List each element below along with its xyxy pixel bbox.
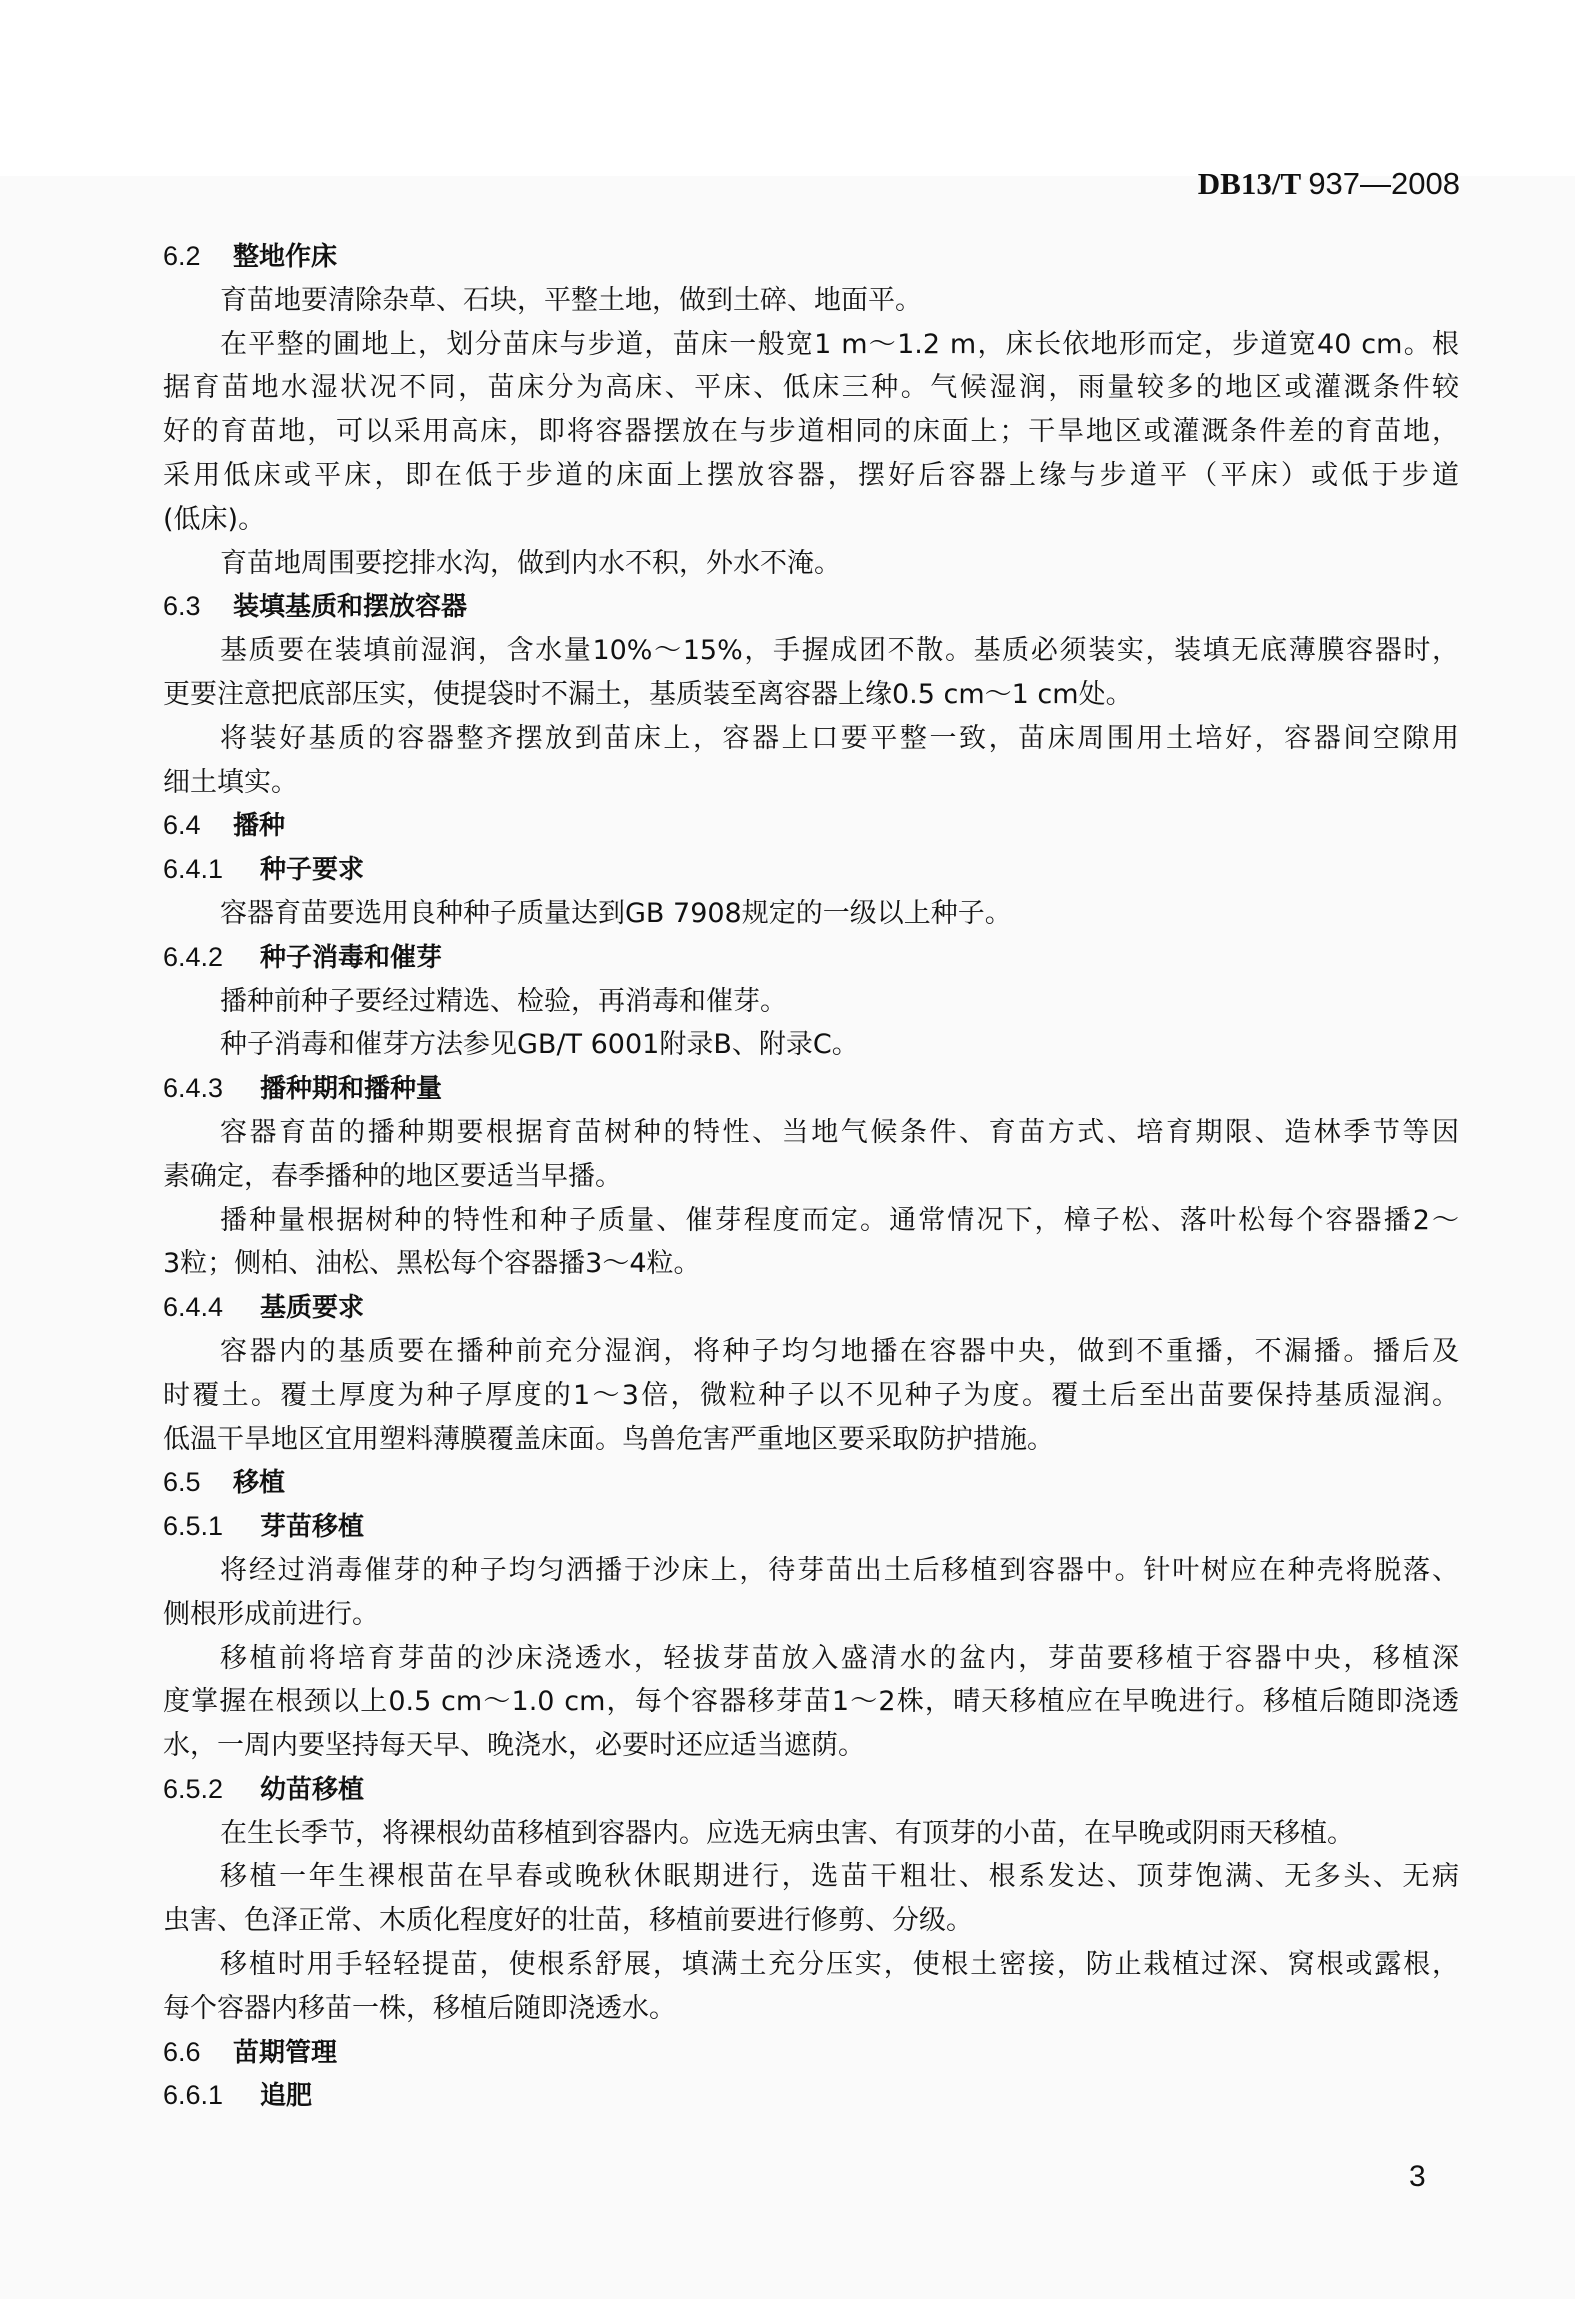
- heading-number: 6.6.1: [163, 2074, 260, 2118]
- heading-title: 播种期和播种量: [260, 1074, 442, 1104]
- paragraph-line: 每个容器内移苗一株，移植后随即浇透水。: [163, 1987, 1459, 2031]
- heading-number: 6.5.1: [163, 1505, 260, 1549]
- subsection-heading: 6.4.2种子消毒和催芽: [163, 936, 1459, 980]
- paragraph-line: 容器育苗的播种期要根据育苗树种的特性、当地气候条件、育苗方式、培育期限、造林季节…: [163, 1111, 1459, 1155]
- paragraph-line: 移植一年生裸根苗在早春或晚秋休眠期进行，选苗干粗壮、根系发达、顶芽饱满、无多头、…: [163, 1855, 1459, 1899]
- heading-title: 苗期管理: [233, 2038, 337, 2068]
- section-heading: 6.6苗期管理: [163, 2031, 1459, 2075]
- heading-number: 6.5: [163, 1461, 233, 1505]
- subsection-heading: 6.4.4基质要求: [163, 1286, 1459, 1330]
- standard-code-prefix: DB13/T: [1198, 166, 1301, 201]
- paragraph-line: 时覆土。覆土厚度为种子厚度的1～3倍，微粒种子以不见种子为度。覆土后至出苗要保持…: [163, 1374, 1459, 1418]
- paragraph-line: 将经过消毒催芽的种子均匀洒播于沙床上，待芽苗出土后移植到容器中。针叶树应在种壳将…: [163, 1549, 1459, 1593]
- heading-title: 移植: [233, 1468, 285, 1498]
- paragraph-line: 容器育苗要选用良种种子质量达到GB 7908规定的一级以上种子。: [163, 892, 1459, 936]
- paragraph-line: 低温干旱地区宜用塑料薄膜覆盖床面。鸟兽危害严重地区要采取防护措施。: [163, 1418, 1459, 1462]
- paragraph-line: 播种量根据树种的特性和种子质量、催芽程度而定。通常情况下，樟子松、落叶松每个容器…: [163, 1199, 1459, 1243]
- heading-title: 种子消毒和催芽: [260, 943, 442, 973]
- heading-title: 追肥: [260, 2081, 312, 2111]
- heading-number: 6.4: [163, 804, 233, 848]
- subsection-heading: 6.4.3播种期和播种量: [163, 1067, 1459, 1111]
- subsection-heading: 6.4.1种子要求: [163, 848, 1459, 892]
- heading-title: 种子要求: [260, 855, 364, 885]
- paragraph-line: 好的育苗地，可以采用高床，即将容器摆放在与步道相同的床面上；干旱地区或灌溉条件差…: [163, 410, 1459, 454]
- paragraph-line: 在生长季节，将裸根幼苗移植到容器内。应选无病虫害、有顶芽的小苗，在早晚或阴雨天移…: [163, 1812, 1459, 1856]
- paragraph-line: 采用低床或平床，即在低于步道的床面上摆放容器，摆好后容器上缘与步道平（平床）或低…: [163, 454, 1459, 498]
- document-body: 6.2整地作床育苗地要清除杂草、石块，平整土地，做到土碎、地面平。在平整的圃地上…: [163, 235, 1459, 2118]
- section-heading: 6.3装填基质和摆放容器: [163, 585, 1459, 629]
- paragraph-line: 育苗地要清除杂草、石块，平整土地，做到土碎、地面平。: [163, 279, 1459, 323]
- paragraph-line: 3粒；侧柏、油松、黑松每个容器播3～4粒。: [163, 1242, 1459, 1286]
- paragraph-line: (低床)。: [163, 498, 1459, 542]
- paragraph-line: 据育苗地水湿状况不同，苗床分为高床、平床、低床三种。气候湿润，雨量较多的地区或灌…: [163, 366, 1459, 410]
- section-heading: 6.5移植: [163, 1461, 1459, 1505]
- paragraph-line: 播种前种子要经过精选、检验，再消毒和催芽。: [163, 980, 1459, 1024]
- heading-number: 6.6: [163, 2031, 233, 2075]
- paragraph-line: 种子消毒和催芽方法参见GB/T 6001附录B、附录C。: [163, 1023, 1459, 1067]
- heading-number: 6.4.1: [163, 848, 260, 892]
- heading-title: 幼苗移植: [260, 1775, 364, 1805]
- paragraph-line: 移植前将培育芽苗的沙床浇透水，轻拔芽苗放入盛清水的盆内，芽苗要移植于容器中央，移…: [163, 1637, 1459, 1681]
- paragraph-line: 基质要在装填前湿润，含水量10%～15%，手握成团不散。基质必须装实，装填无底薄…: [163, 629, 1459, 673]
- paragraph-line: 移植时用手轻轻提苗，使根系舒展，填满土充分压实，使根土密接，防止栽植过深、窝根或…: [163, 1943, 1459, 1987]
- heading-number: 6.2: [163, 235, 233, 279]
- subsection-heading: 6.5.2幼苗移植: [163, 1768, 1459, 1812]
- section-heading: 6.2整地作床: [163, 235, 1459, 279]
- paragraph-line: 细土填实。: [163, 761, 1459, 805]
- section-heading: 6.4播种: [163, 804, 1459, 848]
- paragraph-line: 更要注意把底部压实，使提袋时不漏土，基质装至离容器上缘0.5 cm～1 cm处。: [163, 673, 1459, 717]
- paragraph-line: 将装好基质的容器整齐摆放到苗床上，容器上口要平整一致，苗床周围用土培好，容器间空…: [163, 717, 1459, 761]
- heading-number: 6.4.2: [163, 936, 260, 980]
- subsection-heading: 6.5.1芽苗移植: [163, 1505, 1459, 1549]
- paragraph-line: 在平整的圃地上，划分苗床与步道，苗床一般宽1 m～1.2 m，床长依地形而定，步…: [163, 323, 1459, 367]
- page-number: 3: [1409, 2160, 1426, 2194]
- paragraph-line: 容器内的基质要在播种前充分湿润，将种子均匀地播在容器中央，做到不重播，不漏播。播…: [163, 1330, 1459, 1374]
- subsection-heading: 6.6.1追肥: [163, 2074, 1459, 2118]
- heading-title: 整地作床: [233, 242, 337, 272]
- paragraph-line: 素确定，春季播种的地区要适当早播。: [163, 1155, 1459, 1199]
- heading-title: 芽苗移植: [260, 1512, 364, 1542]
- heading-title: 播种: [233, 811, 285, 841]
- heading-number: 6.3: [163, 585, 233, 629]
- paragraph-line: 虫害、色泽正常、木质化程度好的壮苗，移植前要进行修剪、分级。: [163, 1899, 1459, 1943]
- heading-number: 6.4.4: [163, 1286, 260, 1330]
- heading-number: 6.4.3: [163, 1067, 260, 1111]
- heading-title: 装填基质和摆放容器: [233, 592, 467, 622]
- standard-code-header: DB13/T 937—2008: [1198, 166, 1460, 202]
- standard-code-number: 937—2008: [1308, 166, 1460, 201]
- paragraph-line: 育苗地周围要挖排水沟，做到内水不积，外水不淹。: [163, 542, 1459, 586]
- paragraph-line: 度掌握在根颈以上0.5 cm～1.0 cm，每个容器移芽苗1～2株，晴天移植应在…: [163, 1680, 1459, 1724]
- paragraph-line: 侧根形成前进行。: [163, 1593, 1459, 1637]
- heading-title: 基质要求: [260, 1293, 364, 1323]
- heading-number: 6.5.2: [163, 1768, 260, 1812]
- paragraph-line: 水，一周内要坚持每天早、晚浇水，必要时还应适当遮荫。: [163, 1724, 1459, 1768]
